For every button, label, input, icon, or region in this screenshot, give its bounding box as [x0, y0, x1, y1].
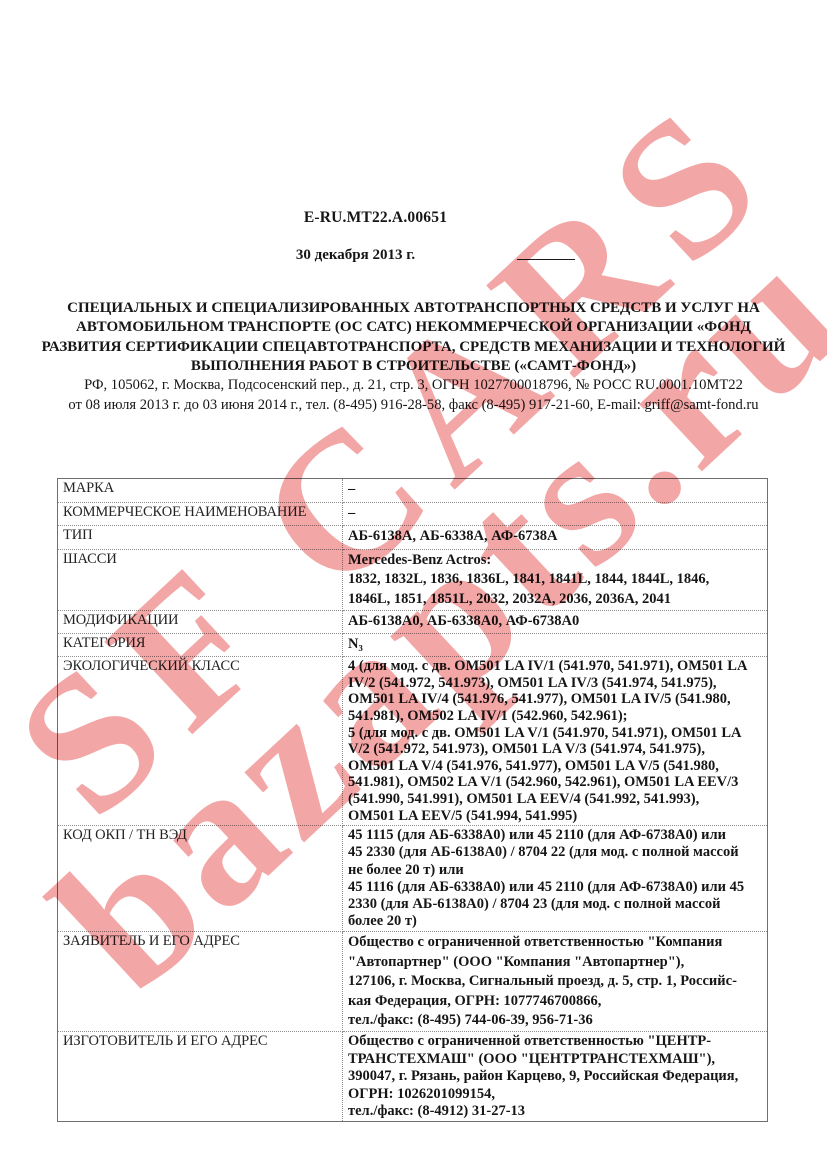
row-value-marka: – [343, 479, 768, 503]
row-value-chassis: Mercedes-Benz Actros: 1832, 1832L, 1836,… [343, 550, 768, 611]
table-row: ЭКОЛОГИЧЕСКИЙ КЛАСС 4 (для мод. с дв. ОМ… [58, 657, 768, 826]
certificate-document-page: E-RU.MT22.A.00651 30 декабря 2013 г. СПЕ… [0, 0, 827, 1170]
row-label-manufacturer: ИЗГОТОВИТЕЛЬ И ЕГО АДРЕС [58, 1032, 343, 1122]
row-label-marka: МАРКА [58, 479, 343, 503]
row-label-applicant: ЗАЯВИТЕЛЬ И ЕГО АДРЕС [58, 932, 343, 1032]
row-value-modifications: АБ-6138А0, АБ-6338А0, АФ-6738А0 [343, 611, 768, 634]
signature-line [517, 259, 575, 260]
row-value-commercial-name: – [343, 503, 768, 526]
row-value-okp-code: 45 1115 (для АБ-6338А0) или 45 2110 (для… [343, 826, 768, 932]
row-label-type: ТИП [58, 526, 343, 550]
table-row: ИЗГОТОВИТЕЛЬ И ЕГО АДРЕС Общество с огра… [58, 1032, 768, 1122]
row-label-chassis: ШАССИ [58, 550, 343, 611]
row-label-commercial-name: КОММЕРЧЕСКОЕ НАИМЕНОВАНИЕ [58, 503, 343, 526]
row-value-applicant: Общество с ограниченной ответственностью… [343, 932, 768, 1032]
table-row: КОММЕРЧЕСКОЕ НАИМЕНОВАНИЕ – [58, 503, 768, 526]
row-value-manufacturer: Общество с ограниченной ответственностью… [343, 1032, 768, 1122]
table-row: КАТЕГОРИЯ N₃ [58, 634, 768, 657]
certification-body-title: СПЕЦИАЛЬНЫХ И СПЕЦИАЛИЗИРОВАННЫХ АВТОТРА… [0, 299, 827, 376]
table-row: ШАССИ Mercedes-Benz Actros: 1832, 1832L,… [58, 550, 768, 611]
table-row: КОД ОКП / ТН ВЭД 45 1115 (для АБ-6338А0)… [58, 826, 768, 932]
table-row: ТИП АБ-6138А, АБ-6338А, АФ-6738А [58, 526, 768, 550]
row-label-modifications: МОДИФИКАЦИИ [58, 611, 343, 634]
table-row: ЗАЯВИТЕЛЬ И ЕГО АДРЕС Общество с огранич… [58, 932, 768, 1032]
row-label-okp-code: КОД ОКП / ТН ВЭД [58, 826, 343, 932]
row-value-type: АБ-6138А, АБ-6338А, АФ-6738А [343, 526, 768, 550]
vehicle-approval-table: МАРКА – КОММЕРЧЕСКОЕ НАИМЕНОВАНИЕ – ТИП … [57, 478, 768, 1122]
table-row: МОДИФИКАЦИИ АБ-6138А0, АБ-6338А0, АФ-673… [58, 611, 768, 634]
row-label-eco-class: ЭКОЛОГИЧЕСКИЙ КЛАСС [58, 657, 343, 826]
issue-date: 30 декабря 2013 г. [0, 247, 769, 264]
row-label-category: КАТЕГОРИЯ [58, 634, 343, 657]
row-value-category: N₃ [343, 634, 768, 657]
certificate-number: E-RU.MT22.A.00651 [0, 209, 789, 227]
table-row: МАРКА – [58, 479, 768, 503]
certification-body-address: РФ, 105062, г. Москва, Подсосенский пер.… [0, 376, 827, 415]
row-value-eco-class: 4 (для мод. с дв. ОМ501 LA IV/1 (541.970… [343, 657, 768, 826]
